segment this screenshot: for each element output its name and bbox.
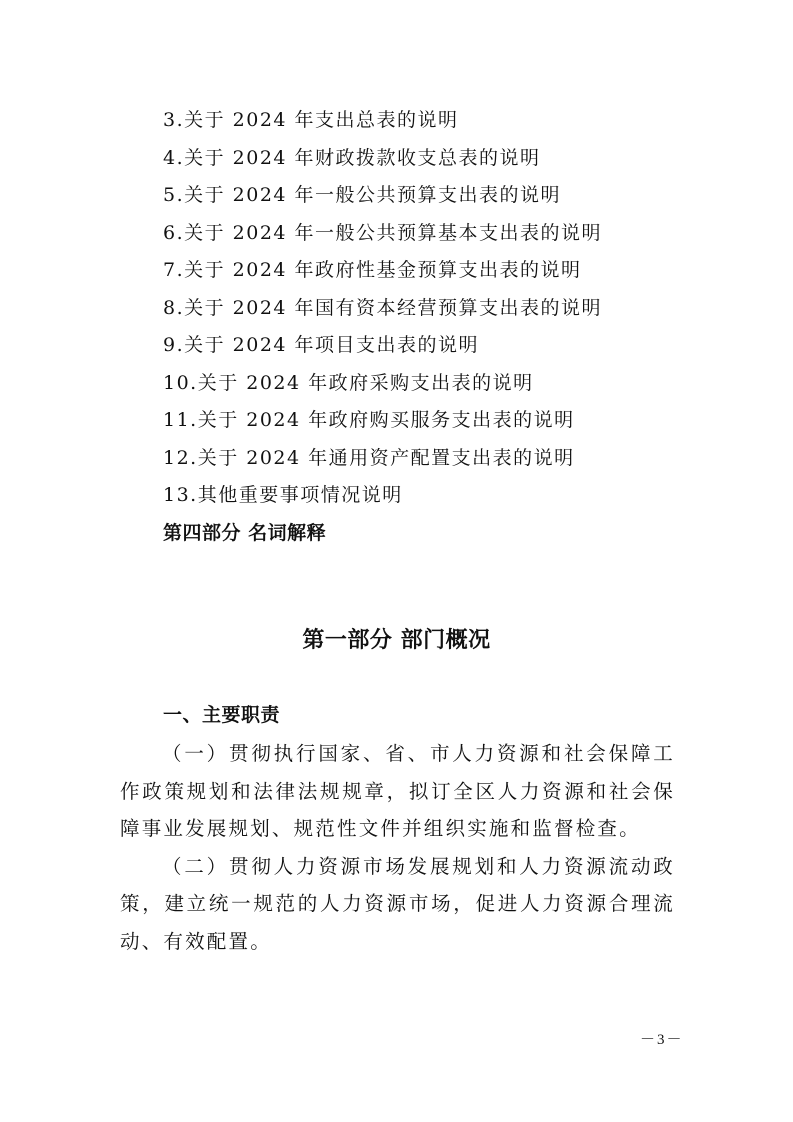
toc-item: 4.关于 2024 年财政拨款收支总表的说明 bbox=[163, 140, 602, 178]
paragraph: （二）贯彻人力资源市场发展规划和人力资源流动政策，建立统一规范的人力资源市场，促… bbox=[120, 848, 675, 961]
toc-item: 3.关于 2024 年支出总表的说明 bbox=[163, 102, 602, 140]
document-page: 3.关于 2024 年支出总表的说明 4.关于 2024 年财政拨款收支总表的说… bbox=[0, 0, 793, 1122]
sub-heading: 一、主要职责 bbox=[163, 700, 280, 727]
toc-item: 7.关于 2024 年政府性基金预算支出表的说明 bbox=[163, 252, 602, 290]
toc-item: 11.关于 2024 年政府购买服务支出表的说明 bbox=[163, 402, 602, 440]
toc-item: 9.关于 2024 年项目支出表的说明 bbox=[163, 327, 602, 365]
section-title: 第一部分 部门概况 bbox=[0, 623, 793, 654]
toc-item: 5.关于 2024 年一般公共预算支出表的说明 bbox=[163, 177, 602, 215]
page-number: －3－ bbox=[640, 1028, 684, 1049]
toc-item: 6.关于 2024 年一般公共预算基本支出表的说明 bbox=[163, 215, 602, 253]
toc-item: 10.关于 2024 年政府采购支出表的说明 bbox=[163, 365, 602, 403]
paragraph: （一）贯彻执行国家、省、市人力资源和社会保障工作政策规划和法律法规规章，拟订全区… bbox=[120, 735, 675, 848]
toc-part-heading: 第四部分 名词解释 bbox=[163, 515, 602, 553]
toc-item: 13.其他重要事项情况说明 bbox=[163, 477, 602, 515]
body-text: （一）贯彻执行国家、省、市人力资源和社会保障工作政策规划和法律法规规章，拟订全区… bbox=[120, 735, 675, 960]
toc-item: 8.关于 2024 年国有资本经营预算支出表的说明 bbox=[163, 290, 602, 328]
toc-item: 12.关于 2024 年通用资产配置支出表的说明 bbox=[163, 440, 602, 478]
table-of-contents: 3.关于 2024 年支出总表的说明 4.关于 2024 年财政拨款收支总表的说… bbox=[163, 102, 602, 552]
